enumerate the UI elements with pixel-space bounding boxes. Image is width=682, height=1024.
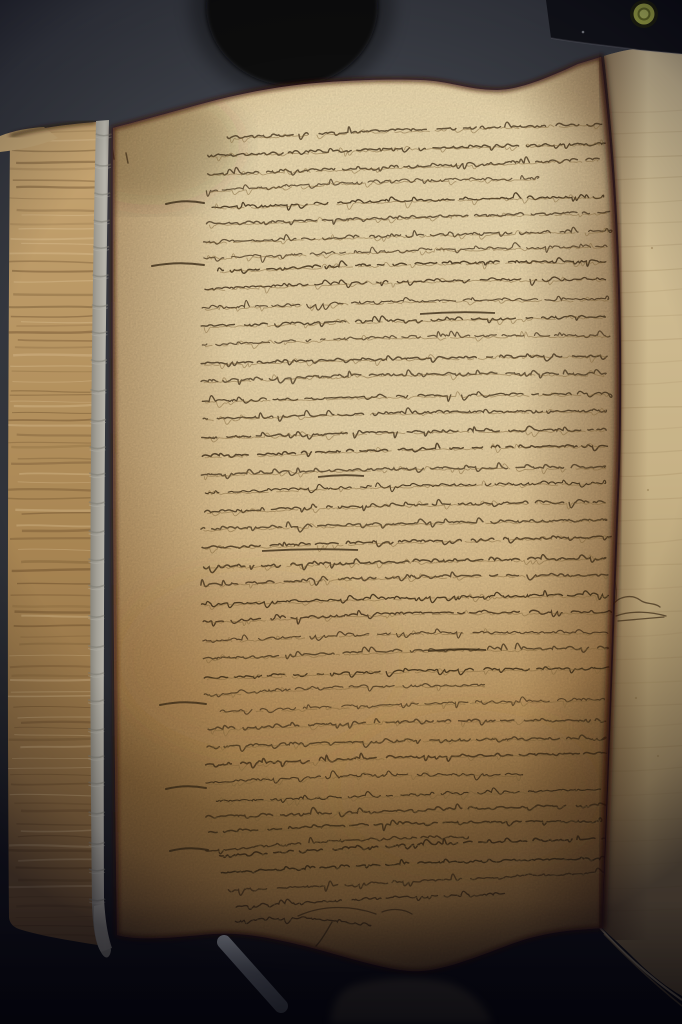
- photo-canvas: [0, 0, 682, 1024]
- photo-vignette: [0, 0, 682, 1024]
- photo-bottom-falloff: [0, 900, 682, 1024]
- manuscript-photograph: Photograph of an open 17th-century manus…: [0, 0, 682, 1024]
